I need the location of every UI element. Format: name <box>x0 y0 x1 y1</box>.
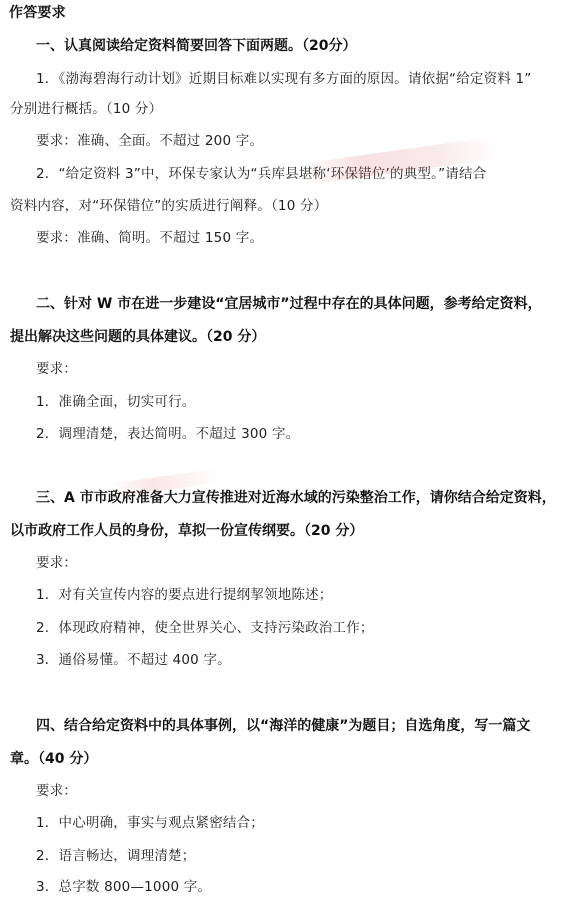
section-2-requirement-label: 要求： <box>36 360 77 378</box>
section-4-requirement-1: 1．中心明确，事实与观点紧密结合； <box>36 814 264 832</box>
section-2-requirement-2: 2．调理清楚，表达简明。不超过 300 字。 <box>36 425 299 443</box>
section-1-heading: 一、认真阅读给定资料简要回答下面两题。（20分） <box>36 37 356 55</box>
section-3-requirement-1: 1．对有关宣传内容的要点进行提纲挈领地陈述； <box>36 586 333 604</box>
section-3-requirement-2: 2．体现政府精神，使全世界关心、支持污染政治工作； <box>36 619 374 637</box>
section-4-heading-cont: 章。（40 分） <box>10 750 97 768</box>
section-4-heading: 四、结合给定资料中的具体事例，以“海洋的健康”为题目；自选角度，写一篇文 <box>36 717 530 735</box>
section-4-requirement-label: 要求： <box>36 782 77 800</box>
document-title: 作答要求 <box>9 4 66 22</box>
question-1-1-requirement: 要求：准确、全面。不超过 200 字。 <box>36 132 263 150</box>
section-3-requirement-label: 要求： <box>36 554 77 572</box>
section-2-heading: 二、针对 W 市在进一步建设“宜居城市”过程中存在的具体问题，参考给定资料， <box>36 295 542 313</box>
section-4-requirement-2: 2．语言畅达，调理清楚； <box>36 847 196 865</box>
section-2-requirement-1: 1．准确全面，切实可行。 <box>36 393 196 411</box>
section-4-requirement-3: 3．总字数 800—1000 字。 <box>36 878 211 896</box>
question-1-1-text: 1．《渤海碧海行动计划》近期目标难以实现有多方面的原因。请依据“给定资料 1” <box>36 70 532 88</box>
section-2-heading-cont: 提出解决这些问题的具体建议。（20 分） <box>10 328 265 346</box>
section-3-heading-cont: 以市政府工作人员的身份，草拟一份宣传纲要。（20 分） <box>10 522 363 540</box>
exam-requirements-document: 作答要求 一、认真阅读给定资料简要回答下面两题。（20分） 1．《渤海碧海行动计… <box>0 0 571 899</box>
question-1-2-text-cont: 资料内容，对“环保错位”的实质进行阐释。（10 分） <box>10 197 327 215</box>
question-1-2-text: 2．“给定资料 3”中，环保专家认为“兵库县堪称‘环保错位’的典型。”请结合 <box>36 165 486 183</box>
section-3-requirement-3: 3．通俗易懂。不超过 400 字。 <box>36 651 231 669</box>
question-1-2-requirement: 要求：准确、简明。不超过 150 字。 <box>36 229 263 247</box>
question-1-1-text-cont: 分别进行概括。（10 分） <box>10 100 162 118</box>
section-3-heading: 三、A 市市政府准备大力宣传推进对近海水域的污染整治工作，请你结合给定资料， <box>36 489 556 507</box>
